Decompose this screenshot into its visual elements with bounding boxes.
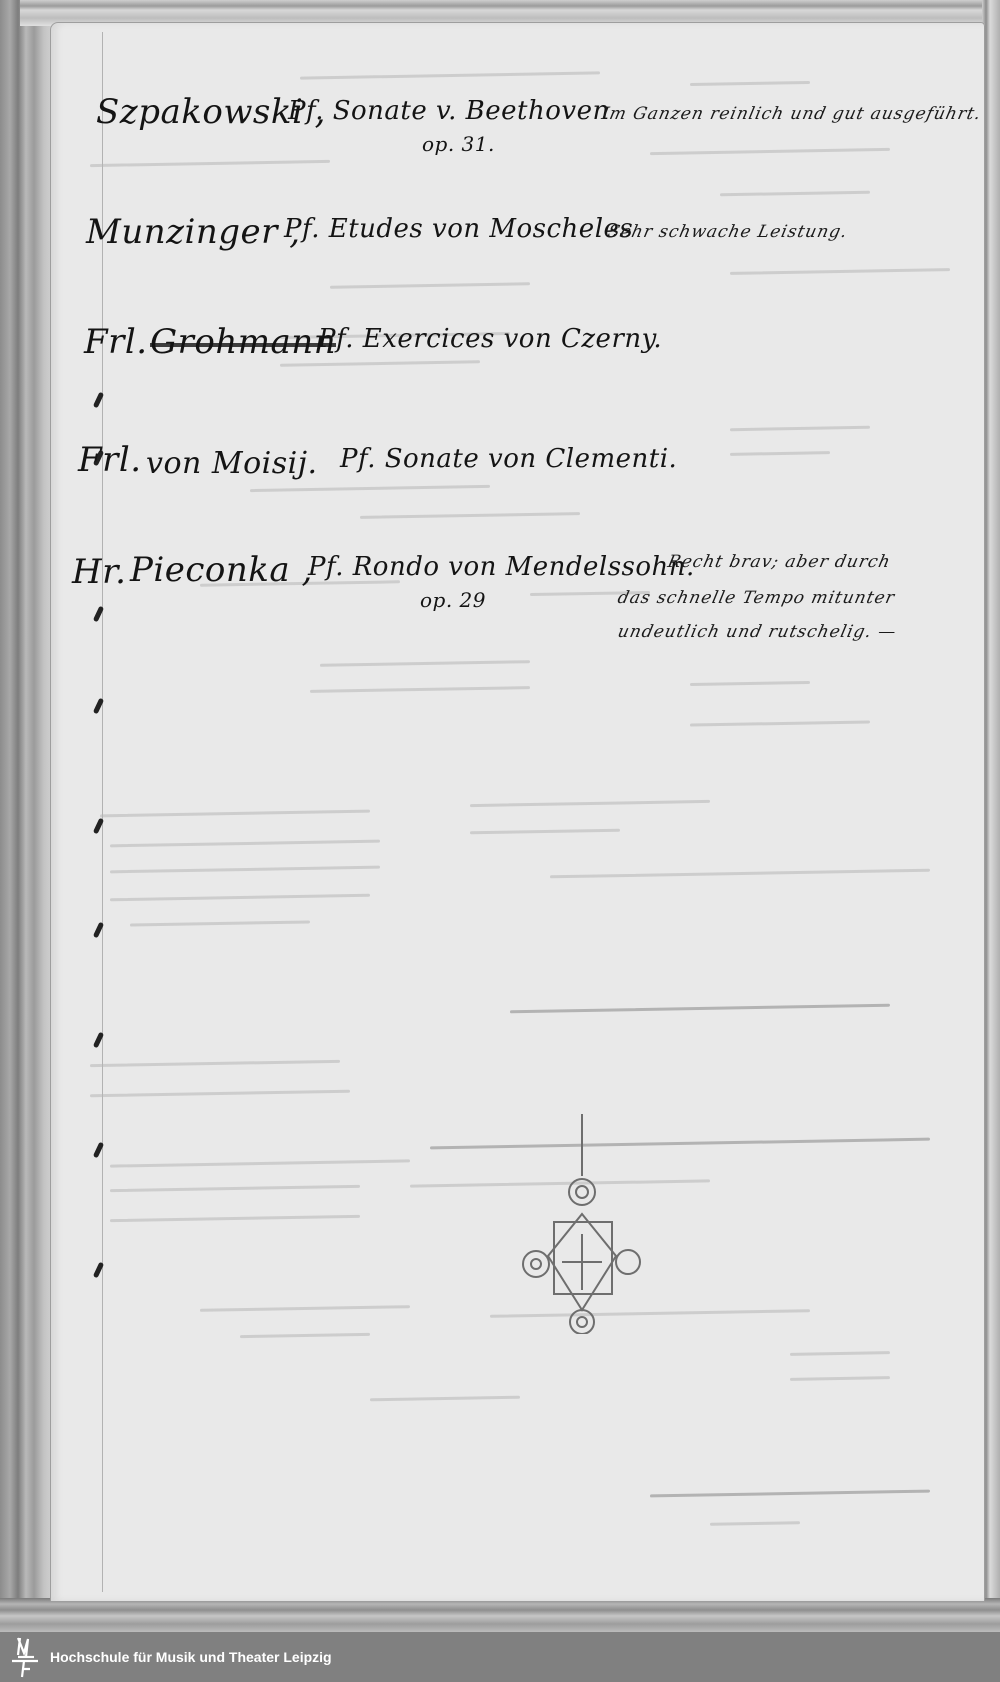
repertoire-work: Pf. Sonate v. Beethoven — [288, 96, 610, 126]
margin-line — [102, 32, 103, 1592]
examiner-remark-line-2: das schnelle Tempo mitunter — [616, 588, 897, 608]
examiner-remark: Im Ganzen reinlich und gut ausgeführt. — [600, 104, 983, 124]
title-prefix: Hr. — [72, 552, 126, 592]
student-name: von Moisij. — [146, 446, 318, 481]
book-edge-bottom — [0, 1598, 1000, 1632]
document-viewer: Szpakowski , Pf. Sonate v. Beethoven op.… — [0, 0, 1000, 1632]
student-name: Grohmann — [150, 322, 336, 362]
repertoire-work: Pf. Exercices von Czerny. — [318, 324, 662, 354]
hmt-leipzig-logo-icon — [10, 1635, 40, 1679]
opus-number: op. 29 — [420, 588, 486, 612]
repertoire-work: Pf. Rondo von Mendelssohn. — [308, 552, 695, 582]
repertoire-work: Pf. Sonate von Clementi. — [340, 444, 677, 474]
title-prefix: Frl. — [78, 440, 142, 480]
examiner-remark-line-3: undeutlich und rutschelig. — — [616, 622, 899, 642]
student-name: Pieconka , — [130, 550, 313, 590]
repertoire-work: Pf. Etudes von Moscheles — [284, 214, 633, 244]
book-binding-left — [0, 0, 56, 1632]
manuscript-page: Szpakowski , Pf. Sonate v. Beethoven op.… — [50, 22, 985, 1602]
entry-grohmann: Frl. Grohmann Pf. Exercices von Czerny. — [50, 22, 985, 62]
opus-number: op. 31. — [422, 132, 495, 156]
title-prefix: Frl. — [84, 322, 148, 362]
examiner-remark: Sehr schwache Leistung. — [606, 222, 850, 242]
institution-name: Hochschule für Musik und Theater Leipzig — [50, 1649, 332, 1665]
student-name: Munzinger , — [86, 212, 301, 252]
footer-banner: Hochschule für Musik und Theater Leipzig — [0, 1632, 1000, 1682]
examiner-remark-line-1: Recht brav; aber durch — [666, 552, 893, 572]
ornamental-cross-sketch-icon — [520, 1114, 660, 1334]
